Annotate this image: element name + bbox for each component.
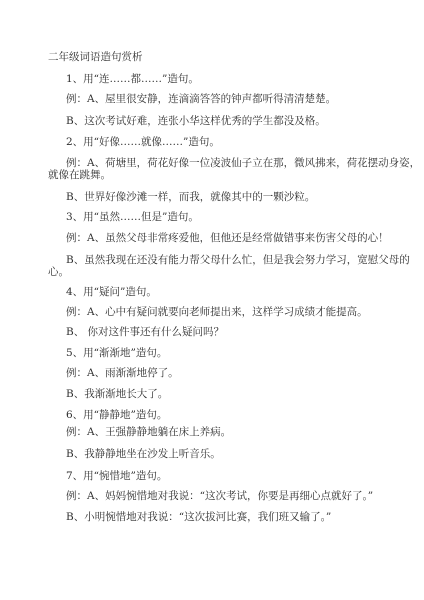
section-4-example-b: B、 你对这件事还有什么疑问吗？	[66, 326, 224, 339]
section-2-heading: 2、用“好像……就像……”造句。	[66, 136, 220, 149]
section-6-heading: 6、用“静静地”造句。	[66, 409, 167, 422]
section-7-heading: 7、用“惋惜地”造句。	[66, 470, 167, 483]
section-2-example-a: 例：A、荷塘里，荷花好像一位凌波仙子立在那，微风拂来，荷花摆动身姿，	[66, 157, 420, 170]
section-6-example-a: 例：A、王强静静地躺在床上养病。	[66, 426, 231, 439]
section-2-example-b: B、世界好像沙滩一样，而我，就像其中的一颗沙粒。	[66, 191, 315, 204]
section-3-example-b: B、虽然我现在还没有能力帮父母什么忙，但是我会努力学习，宽慰父母的	[66, 254, 410, 267]
section-1-example-a: 例：A、屋里很安静，连滴滴答答的钟声都听得清清楚楚。	[66, 93, 336, 106]
section-7-example-b: B、小明惋惜地对我说：“这次拔河比赛，我们班又输了。”	[66, 511, 331, 524]
document-title: 二年级词语造句赏析	[48, 51, 143, 64]
section-4-example-a: 例：A、心中有疑问就要向老师提出来，这样学习成绩才能提高。	[66, 306, 368, 319]
section-5-heading: 5、用“渐渐地”造句。	[66, 347, 167, 360]
section-5-example-a: 例：A、雨渐渐地停了。	[66, 367, 179, 380]
section-1-heading: 1、用“连……都……”造句。	[66, 73, 199, 86]
section-3-heading: 3、用“虽然……但是”造句。	[66, 211, 199, 224]
section-3-example-b-wrap: 心。	[48, 266, 69, 279]
section-3-example-a: 例：A、虽然父母非常疼爱他，但他还是经常做错事来伤害父母的心！	[66, 232, 389, 245]
section-2-example-a-wrap: 就像在跳舞。	[48, 169, 111, 182]
section-6-example-b: B、我静静地坐在沙发上听音乐。	[66, 448, 221, 461]
section-7-example-a: 例：A、妈妈惋惜地对我说：“这次考试，你要是再细心点就好了。”	[66, 490, 373, 503]
section-4-heading: 4、用“疑问”造句。	[66, 286, 157, 299]
section-5-example-b: B、我渐渐地长大了。	[66, 388, 168, 401]
section-1-example-b: B、这次考试好难，连张小华这样优秀的学生都没及格。	[66, 115, 326, 128]
